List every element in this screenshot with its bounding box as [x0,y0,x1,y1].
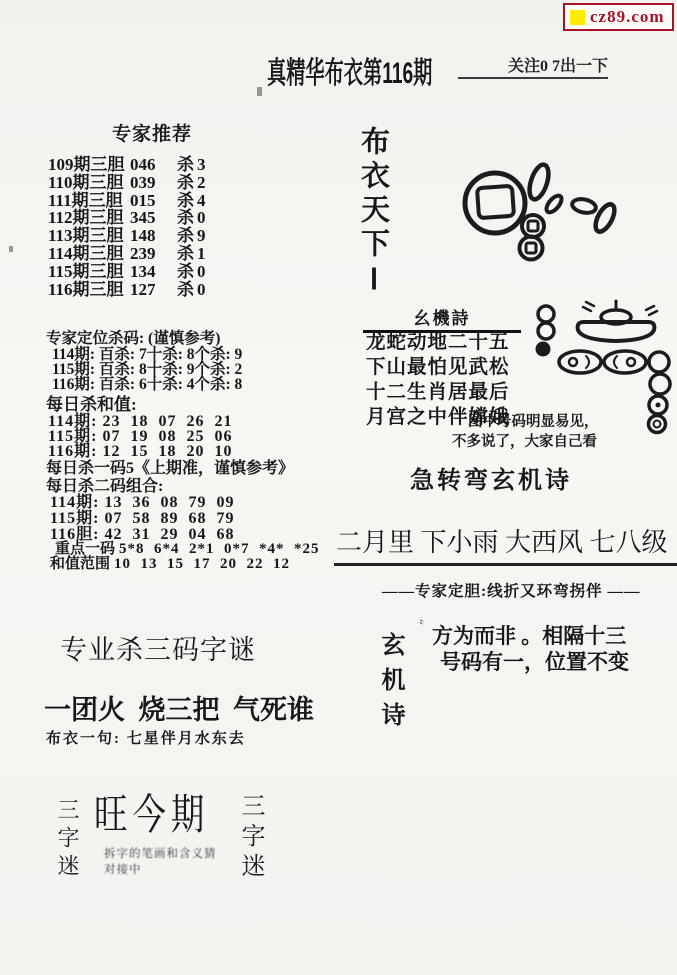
kill-value: 1 [197,245,206,263]
figure-note-line1: 图中号码明显易见， [468,410,599,431]
sum-range-label: 和值范围 [50,556,110,572]
kill-value: 9 [197,227,206,245]
expert-dingdan-line: ——专家定胆:线折又环弯拐伴 —— [382,579,641,601]
three-word-riddle-left: 三字迷 [56,798,78,882]
stray-quote-mark: 〝 [412,617,424,634]
page-title: 真精华布衣第116期 [267,48,432,92]
expert-recommend-table: 109期三胆046杀3 110期三胆039杀2 111期三胆015杀4 112期… [48,156,206,298]
kill-value: 0 [197,209,206,227]
issue-cell: 112期三胆 [48,209,130,227]
kill-value: 0 [197,281,206,299]
big-riddle-word: 旺今期 [94,782,209,842]
scan-artifact [257,87,262,96]
dan-cell: 127 [130,281,177,299]
buyi-tianxia-vertical-title: 布衣天下Ⅰ [358,126,387,301]
site-badge-label: cz89.com [590,7,665,27]
table-row: 110期三胆039杀2 [48,174,206,192]
expert-recommend-header: 专家推荐 [112,119,192,146]
scan-artifact [9,246,13,252]
kill-label: 杀 [177,174,197,192]
sum-range-value: 10 13 15 17 20 22 12 [114,556,290,572]
table-row: 113期三胆148杀9 [48,227,206,245]
table-row: 111期三胆015杀4 [48,192,206,210]
riddle-note-line2: 对接中 [104,861,142,877]
issue-cell: 114期三胆 [48,245,130,263]
site-badge: cz89.com [563,3,674,31]
kill-label: 杀 [177,192,197,210]
kill-label: 杀 [177,245,197,263]
kill-value: 2 [197,174,206,192]
kill-label: 杀 [177,209,197,227]
issue-cell: 113期三胆 [48,227,130,245]
dan-cell: 015 [130,192,177,210]
kill-label: 杀 [177,263,197,281]
issue-cell: 115期三胆 [48,263,130,281]
xuanji-line2: 号码有一，位置不变 [440,646,629,676]
dan-cell: 239 [130,245,177,263]
table-row: 114期三胆239杀1 [48,245,206,263]
issue-cell: 110期三胆 [48,174,130,192]
dan-cell: 039 [130,174,177,192]
kill-label: 杀 [177,156,197,174]
dan-cell: 148 [130,227,177,245]
kill-label: 杀 [177,227,197,245]
issue-cell: 109期三胆 [48,156,130,174]
table-row: 109期三胆046杀3 [48,156,206,174]
table-row: 112期三胆345杀0 [48,209,206,227]
table-row: 115期三胆134杀0 [48,263,206,281]
xuanji-poem-vertical-title: 玄机诗 [378,632,402,737]
figure-note-line2: 不多说了，大家自己看 [452,430,597,451]
riddle-line: 一团火 烧三把 气死谁 [44,688,314,727]
table-row: 116期三胆127杀0 [48,281,206,299]
kill-value: 3 [197,156,206,174]
dan-cell: 046 [130,156,177,174]
sum-range-line: 和值范围 10 13 15 17 20 22 12 [50,552,290,573]
three-word-riddle-right: 三字迷 [238,793,262,883]
riddle-header: 专业杀三码字谜 [60,628,256,667]
sharp-turn-header: 急转弯玄机诗 [410,460,572,495]
poem-line: 下山最怕见武松 [366,355,510,380]
kill-value: 4 [197,192,206,210]
dan-cell: 134 [130,263,177,281]
sharp-turn-line: 二月里 下小雨 大西风 七八级 [334,522,677,566]
kill-label: 杀 [177,281,197,299]
buyi-sentence: 布衣一句: 七星伴月水东去 [46,727,246,748]
scanned-lottery-sheet: cz89.com 真精华布衣第116期 关注0 7出一下 专家推荐 109期三胆… [0,0,677,975]
yaoji-poem-header: 幺機詩 [363,304,521,333]
coin-sketch-drawing [453,156,638,271]
issue-cell: 116期三胆 [48,281,130,299]
poem-line: 龙蛇动地二十五 [366,330,510,355]
riddle-note-line1: 拆字的笔画和含义猜 [104,845,217,861]
issue-cell: 111期三胆 [48,192,130,210]
poem-line: 十二生肖居最后 [366,380,510,405]
yellow-square-icon [570,10,585,25]
focus-note: 关注0 7出一下 [458,53,608,79]
kill-value: 0 [197,263,206,281]
dan-cell: 345 [130,209,177,227]
